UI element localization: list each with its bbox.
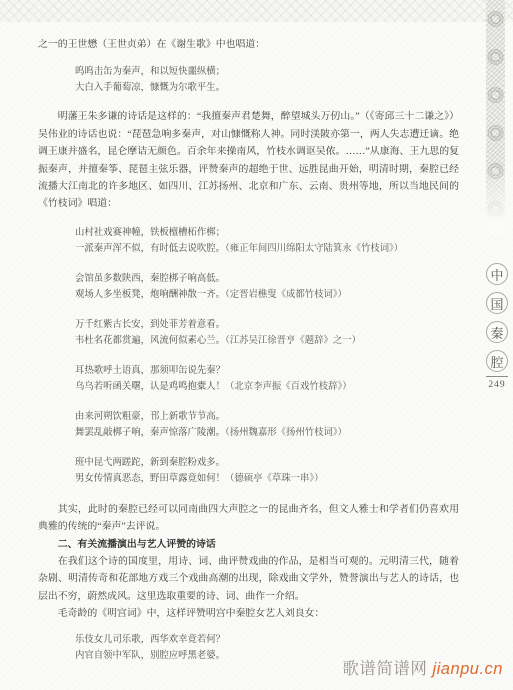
poem-source: （扬州魏嘉形《扬州竹枝词》） xyxy=(225,428,347,438)
page-number-divider xyxy=(486,376,508,377)
poem-line: 耳热歌呼土语真，那须叩缶说先秦？ xyxy=(75,363,459,379)
page-number-block: 249 xyxy=(484,376,510,390)
zhuzhici-verse-3: 万千红紫古长安，到处菲芳着意看。 韦杜名花都赏遍，风流何似素心兰。（江苏吴江徐晋… xyxy=(75,317,459,349)
poem-source: （雍正年间四川绵阳太守陆箕永《竹枝词》） xyxy=(225,244,403,254)
poem-line: 乐伎女儿司乐歌，西华欢幸竟若何？ xyxy=(75,632,459,648)
poem-line: 呜呜击缶为秦声，和以短快噩纵横； xyxy=(75,64,459,80)
zhuzhici-verse-2: 会馆虽多数陕西，秦腔梆子响高低。 观场人多坐板凳，炮响酬神散一齐。（定晋岩樵叟《… xyxy=(75,271,459,303)
poem-line: 韦杜名花都赏遍，风流何似素心兰。 xyxy=(75,336,225,346)
poem-line: 舞罢乱敲梆子响，秦声惊落广陵潮。 xyxy=(75,428,225,438)
poem-line-with-source: 舞罢乱敲梆子响，秦声惊落广陵潮。（扬州魏嘉形《扬州竹枝词》） xyxy=(75,425,459,441)
poem-line: 会馆虽多数陕西，秦腔梆子响高低。 xyxy=(75,271,459,287)
poem-line: 班中昆弋两蹉跎，新到秦腔粉戏多。 xyxy=(75,455,459,471)
poem-line-with-source: 观场人多坐板凳，炮响酬神散一齐。（定晋岩樵叟《成都竹枝词》） xyxy=(75,287,459,303)
poem-line-with-source: 韦杜名花都赏遍，风流何似素心兰。（江苏吴江徐晋亨《题辞》之一） xyxy=(75,333,459,349)
quoted-poem-opening: 呜呜击缶为秦声，和以短快噩纵横； 大白入手葡萄凉，慷慨为尔歌平生。 xyxy=(75,64,459,96)
poem-line: 山村社戏赛神幢，铁板檀槽柘作梆； xyxy=(75,225,459,241)
zhuzhici-verse-1: 山村社戏赛神幢，铁板檀槽柘作梆； 一派秦声浑不似，有时低去说吹腔。（雍正年间四川… xyxy=(75,225,459,257)
poem-line-with-source: 一派秦声浑不似，有时低去说吹腔。（雍正年间四川绵阳太守陆箕永《竹枝词》） xyxy=(75,241,459,257)
poem-line: 男女传情真恶态，野田草露竟如何！ xyxy=(75,474,225,484)
watermark-site-url: jianpu.cn xyxy=(432,660,503,678)
zhuzhici-verse-4: 耳热歌呼土语真，那须叩缶说先秦？ 乌乌若听函关曙，认是鸡鸣抱橐人！（北京李声振《… xyxy=(75,363,459,395)
poem-line-with-source: 乌乌若听函关曙，认是鸡鸣抱橐人！（北京李声振《百戏竹枝辞》） xyxy=(75,379,459,395)
poem-source: （定晋岩樵叟《成都竹枝词》） xyxy=(225,290,347,300)
scanned-book-page: { "page": { "number": "249", "side_title… xyxy=(0,0,513,690)
section-heading: 二、有关流播演出与艺人评赞的诗话 xyxy=(38,536,459,553)
zhuzhici-verse-5: 由来河朔饮粗豪，邗上新歌节节高。 舞罢乱敲梆子响，秦声惊落广陵潮。（扬州魏嘉形《… xyxy=(75,409,459,441)
zhuzhici-verse-6: 班中昆弋两蹉跎，新到秦腔粉戏多。 男女传情真恶态，野田草露竟如何！（德硕亭《草珠… xyxy=(75,455,459,487)
right-floral-border-pattern xyxy=(486,0,505,234)
poem-line: 一派秦声浑不似，有时低去说吹腔。 xyxy=(75,244,225,254)
section-paragraph: 在我们这个诗的国度里，用诗、词、曲评赞戏曲的作品，是相当可观的。元明清三代，随着… xyxy=(38,553,459,605)
poem-source: （江苏吴江徐晋亨《题辞》之一） xyxy=(225,336,361,346)
lead-in-line: 毛奇龄的《明宫词》中，这样评赞明宫中秦腔女艺人刘良女： xyxy=(38,605,459,622)
main-paragraph: 明藩王朱多谦的诗话是这样的：“我擅秦声君楚舞，醉望城头万仞山。”（《寄邱三十二谦… xyxy=(38,108,459,212)
top-lattice-border-pattern xyxy=(0,0,513,22)
continuation-line: 之一的王世懋（王世贞弟）在《谢生歌》中也唱道： xyxy=(38,36,459,53)
seal-char-qiang: 腔 xyxy=(486,350,508,372)
poem-line: 乌乌若听函关曙，认是鸡鸣抱橐人！ xyxy=(75,382,225,392)
poem-line: 观场人多坐板凳，炮响酬神散一齐。 xyxy=(75,290,225,300)
poem-line: 大白入手葡萄凉，慷慨为尔歌平生。 xyxy=(75,80,459,96)
poem-line-with-source: 男女传情真恶态，野田草露竟如何！（德硕亭《草珠一串》） xyxy=(75,471,459,487)
poem-line: 万千红紫古长安，到处菲芳着意看。 xyxy=(75,317,459,333)
watermark: 歌谱简谱网 jianpu.cn xyxy=(342,655,503,679)
poem-line: 由来河朔饮粗豪，邗上新歌节节高。 xyxy=(75,409,459,425)
page-number: 249 xyxy=(484,380,510,390)
seal-char-qin: 秦 xyxy=(486,321,508,343)
seal-char-guo: 国 xyxy=(486,292,508,314)
poem-source: （北京李声振《百戏竹枝辞》） xyxy=(225,382,352,392)
text-column: 之一的王世懋（王世贞弟）在《谢生歌》中也唱道： 呜呜击缶为秦声，和以短快噩纵横；… xyxy=(38,36,459,676)
poem-source: （德硕亭《草珠一串》） xyxy=(225,474,323,484)
vertical-book-title: 中 国 秦 腔 xyxy=(484,263,510,379)
closing-paragraph: 其实，此时的秦腔已经可以同南曲四大声腔之一的昆曲齐名，但文人雅士和学者们仍喜欢用… xyxy=(38,501,459,536)
watermark-site-name: 歌谱简谱网 xyxy=(342,660,427,678)
seal-char-zhong: 中 xyxy=(486,263,508,285)
